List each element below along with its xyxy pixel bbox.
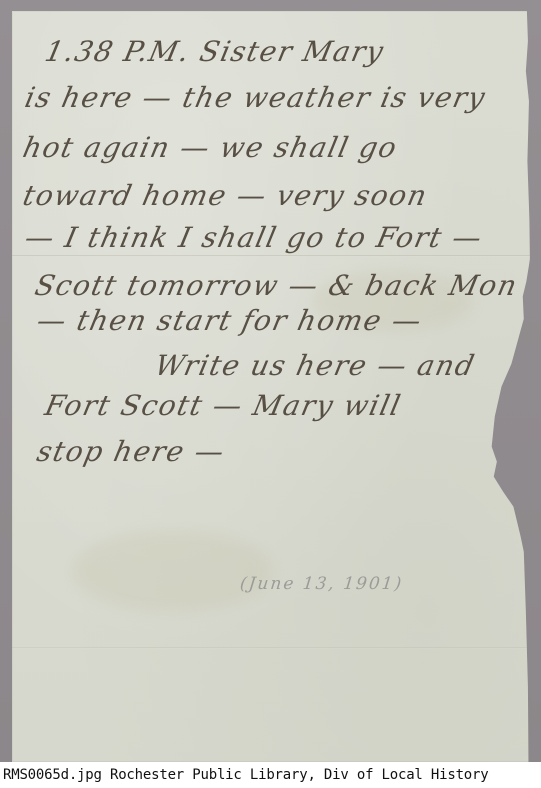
handwritten-line: 1.38 P.M. Sister Mary — [42, 35, 387, 68]
scan-area: 1.38 P.M. Sister Mary is here — the weat… — [0, 0, 541, 762]
handwritten-line: — I think I shall go to Fort — — [22, 221, 486, 254]
fold-crease — [12, 255, 530, 257]
handwritten-line: Scott tomorrow — & back Mon — [32, 269, 521, 302]
paper-stain — [72, 531, 272, 611]
fold-crease — [12, 647, 530, 649]
image-caption: RMS0065d.jpg Rochester Public Library, D… — [0, 762, 541, 788]
handwritten-line: hot again — we shall go — [20, 131, 401, 164]
handwritten-line: stop here — — [34, 435, 228, 468]
pencil-date-annotation: (June 13, 1901) — [239, 574, 404, 594]
letter-page: 1.38 P.M. Sister Mary is here — the weat… — [12, 11, 530, 762]
handwritten-line: — then start for home — — [34, 304, 425, 337]
handwritten-line: is here — the weather is very — [22, 81, 489, 114]
handwritten-line: Write us here — and — [152, 349, 478, 382]
handwritten-line: toward home — very soon — [20, 179, 431, 212]
handwritten-line: Fort Scott — Mary will — [42, 389, 405, 422]
